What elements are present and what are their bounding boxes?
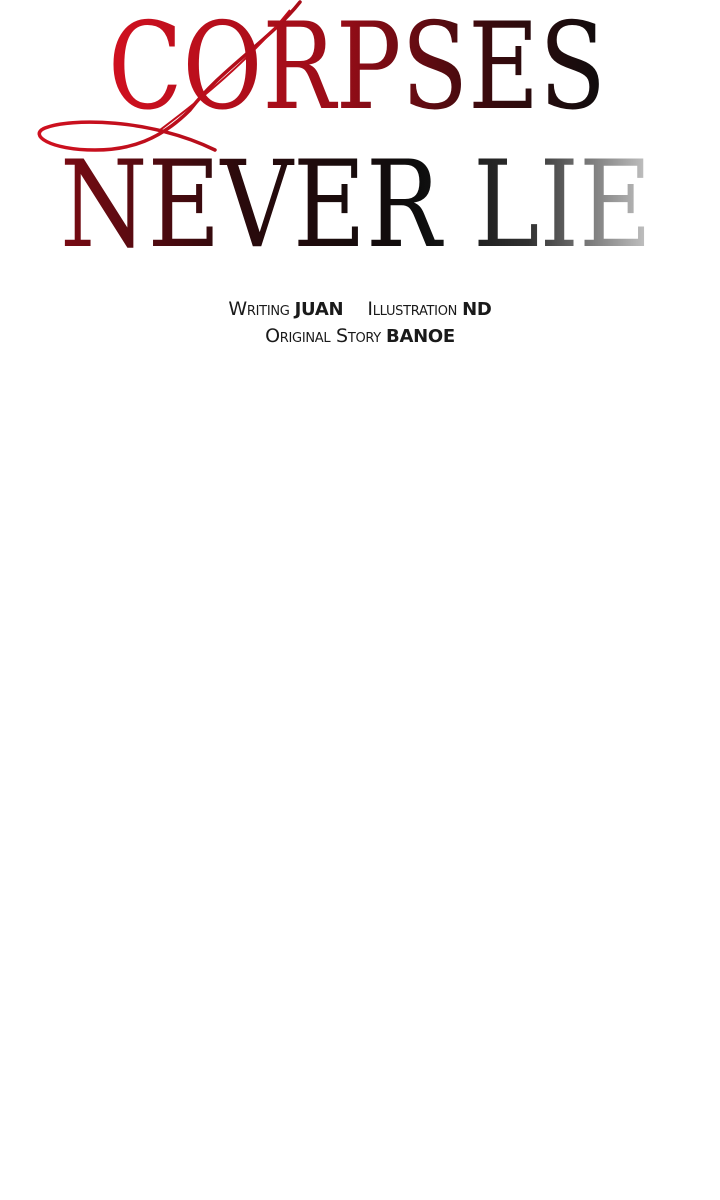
title-logo-art: CORPSES NEVER LIE bbox=[0, 0, 720, 270]
illustration-name: ND bbox=[462, 299, 491, 320]
original-story-label: Original Story bbox=[265, 325, 381, 347]
blank-page-area bbox=[0, 350, 720, 1200]
credits-line-1: Writing JUAN Illustration ND bbox=[0, 296, 720, 323]
title-line2: NEVER LIE bbox=[60, 136, 652, 270]
illustration-label: Illustration bbox=[367, 298, 457, 320]
writing-name: JUAN bbox=[295, 299, 344, 320]
title-logo: CORPSES NEVER LIE bbox=[0, 0, 720, 270]
writing-label: Writing bbox=[228, 298, 289, 320]
credits-line-2: Original Story BANOE bbox=[0, 323, 720, 350]
credits-block: Writing JUAN Illustration ND Original St… bbox=[0, 296, 720, 350]
title-line1: CORPSES bbox=[108, 0, 606, 137]
original-story-name: BANOE bbox=[386, 326, 455, 347]
